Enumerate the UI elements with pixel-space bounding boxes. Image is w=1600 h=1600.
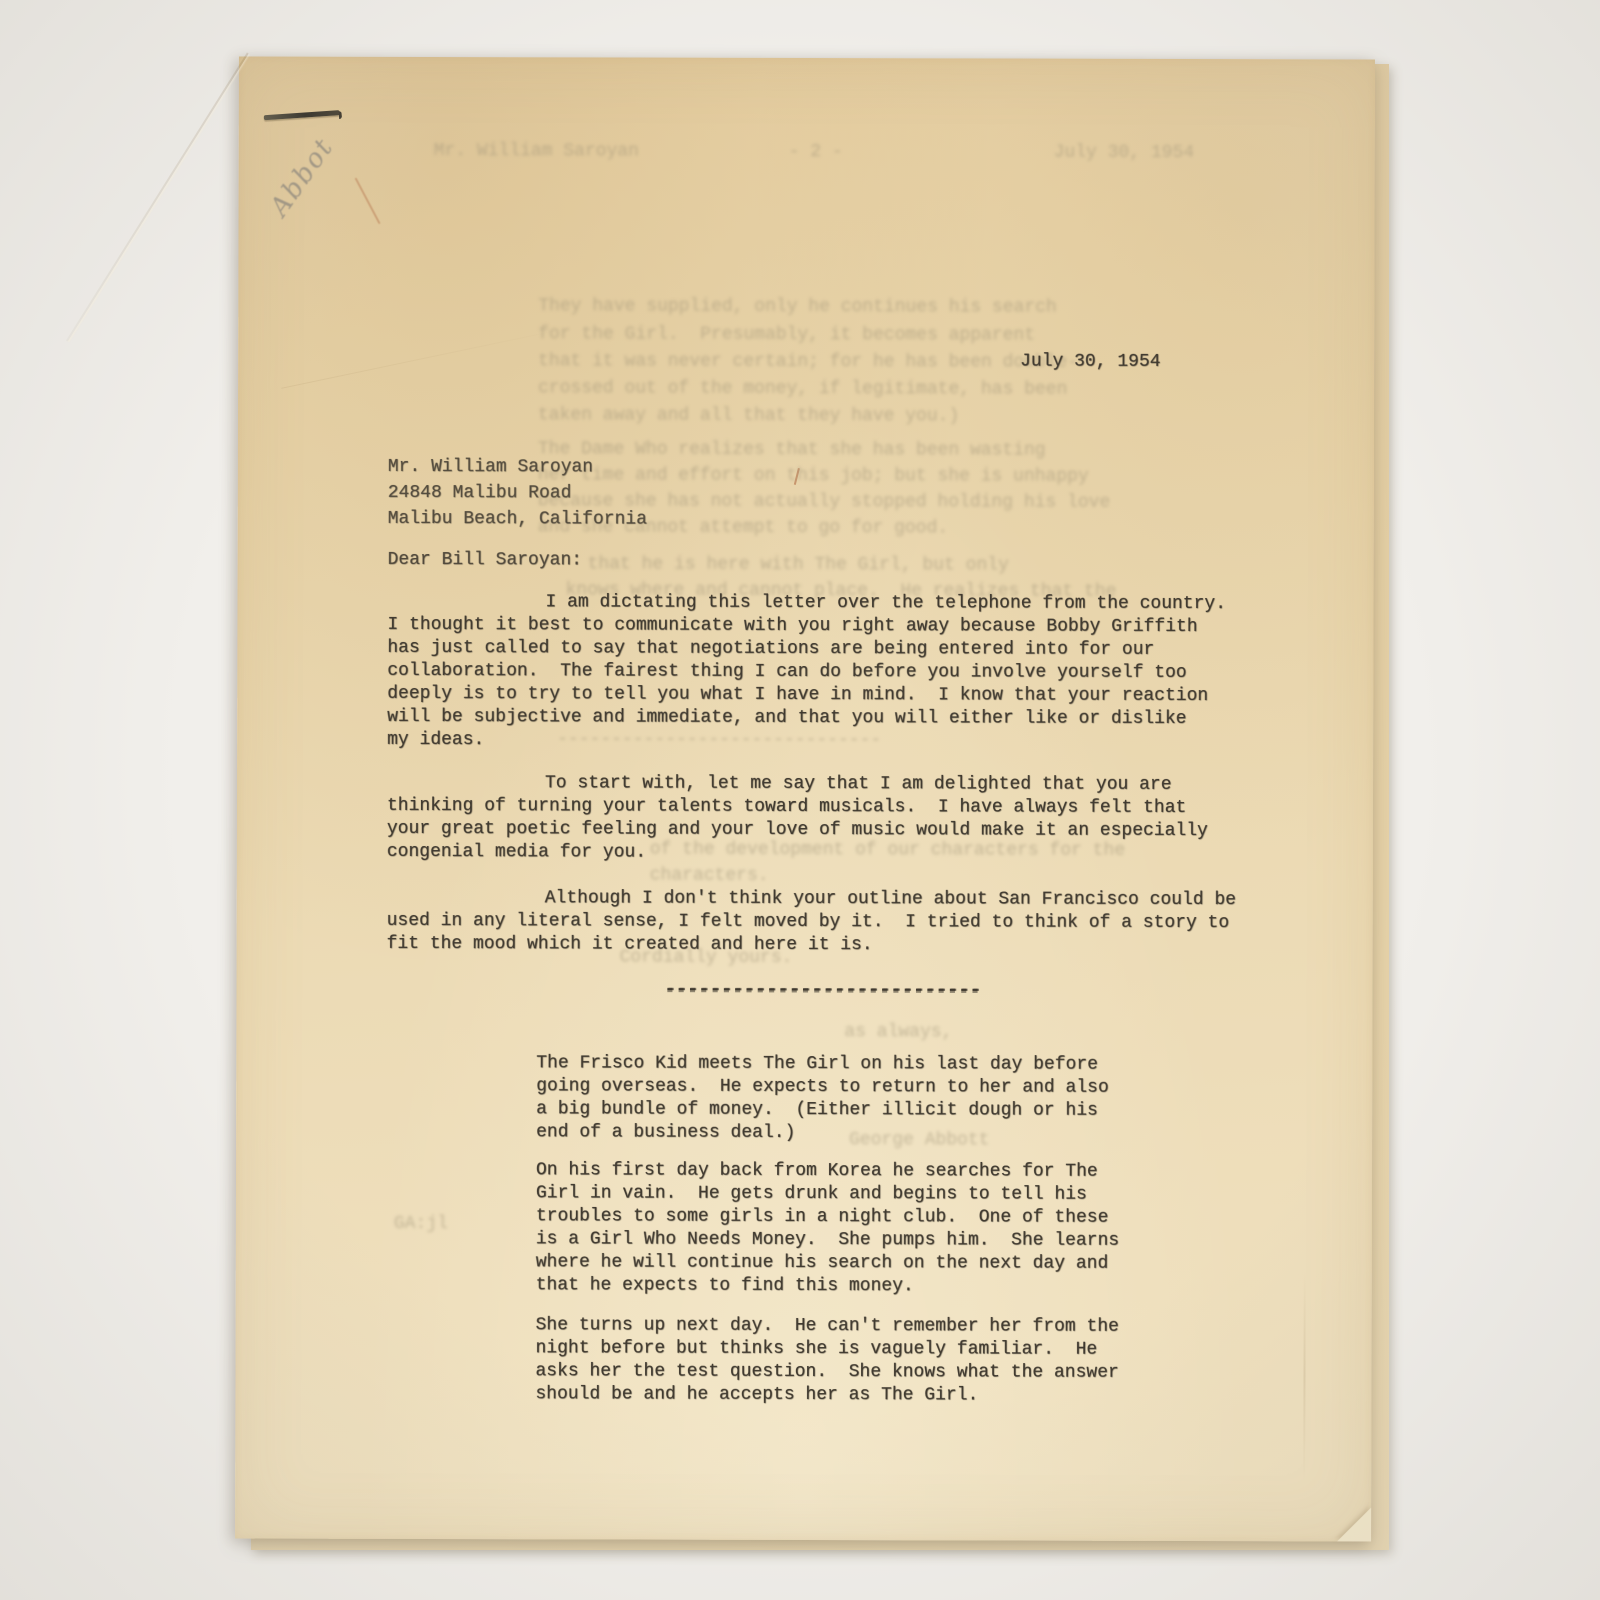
date-line: July 30, 1954 — [1020, 351, 1160, 374]
ghost-line: as always, — [844, 1020, 952, 1045]
letter-sheet: Abbot Mr. William Saroyan - 2 - July 30,… — [235, 57, 1375, 1542]
salutation: Dear Bill Saroyan: — [388, 549, 582, 573]
ghost-line: They have supplied, only he continues hi… — [538, 294, 1057, 320]
ghost-line: that he is here with The Girl, but only — [588, 552, 1009, 578]
paper-crease — [66, 53, 249, 342]
photo-of-typewritten-letter: { "photo": { "background_color": "#f1efe… — [0, 0, 1600, 1600]
ghost-line: characters. — [650, 864, 769, 889]
curled-corner — [1337, 1507, 1371, 1541]
ghost-bleedthrough-text: Mr. William Saroyan - 2 - July 30, 1954 … — [239, 57, 1375, 60]
pencil-note: Abbot — [265, 132, 340, 221]
ghost-line: that it was never certain; for he has be… — [538, 349, 1078, 375]
ghost-line: for the Girl. Presumably, it becomes app… — [538, 322, 1035, 348]
body-paragraph-2: To start with, let me say that I am deli… — [387, 772, 1208, 866]
typed-divider-line: ---------------------------- — [664, 979, 981, 1003]
ghost-typist-initials: GA:jl — [394, 1212, 448, 1237]
body-paragraph-1: I am dictating this letter over the tele… — [387, 591, 1226, 754]
ghost-header-page-number: - 2 - — [789, 140, 843, 165]
ghost-line: crossed out of the money, if legitimate,… — [538, 376, 1067, 402]
story-paragraph-3: She turns up next day. He can't remember… — [535, 1314, 1119, 1408]
red-hairline-mark — [355, 177, 381, 224]
ghost-line: taken away and all that they have you.) — [538, 403, 959, 429]
body-paragraph-3: Although I don't think your outline abou… — [387, 887, 1236, 958]
ghost-header-date: July 30, 1954 — [1054, 141, 1195, 166]
staple — [264, 110, 340, 120]
paper-crease — [281, 326, 575, 389]
story-paragraph-2: On his first day back from Korea he sear… — [536, 1159, 1120, 1299]
paper-crease — [1303, 1271, 1305, 1481]
recipient-address: Mr. William Saroyan 24848 Malibu Road Ma… — [388, 454, 647, 533]
ghost-header-name: Mr. William Saroyan — [434, 139, 639, 165]
story-paragraph-1: The Frisco Kid meets The Girl on his las… — [536, 1052, 1109, 1145]
